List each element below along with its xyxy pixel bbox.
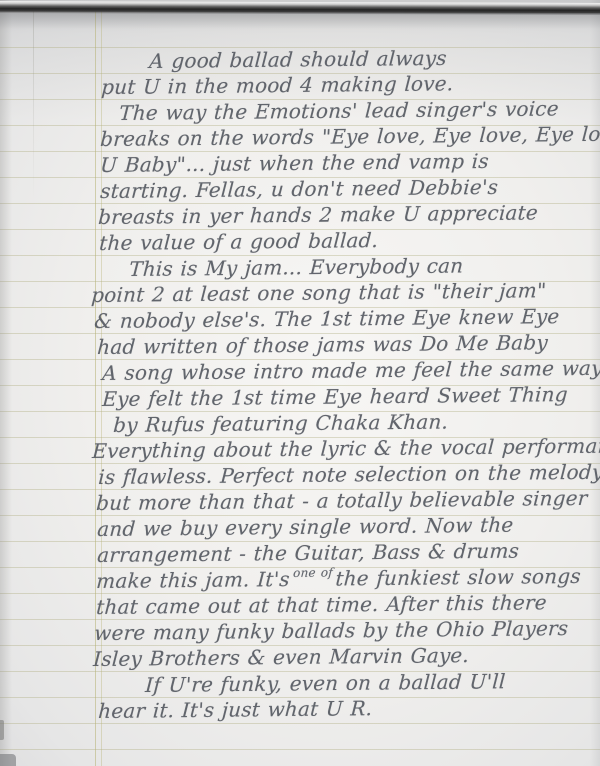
handwritten-line: & nobody else's. The 1st time Eye knew E…	[94, 305, 560, 332]
handwritten-line: A good ballad should always	[149, 47, 448, 72]
handwritten-line: the value of a good ballad.	[99, 229, 379, 254]
handwritten-line: breaks on the words "Eye love, Eye love,…	[100, 123, 600, 151]
handwritten-line: The way the Emotions' lead singer's voic…	[119, 97, 560, 124]
notepad-page: A good ballad should always put U in the…	[0, 0, 600, 766]
handwritten-line: A song whose intro made me feel the same…	[102, 357, 600, 384]
binding-shadow	[0, 13, 600, 29]
handwritten-line: If U're funky, even on a ballad U'll	[145, 670, 506, 696]
handwritten-line: point 2 at least one song that is "their…	[91, 279, 547, 306]
handwritten-line: This is My jam... Everybody can	[129, 255, 464, 281]
handwritten-line: Eye felt the 1st time Eye heard Sweet Th…	[102, 383, 569, 410]
handwritten-line: by Rufus featuring Chaka Khan.	[113, 410, 449, 436]
handwritten-text-pre: make this jam. It's	[96, 567, 291, 593]
handwritten-line: put U in the mood 4 making love.	[101, 72, 454, 98]
handwritten-line: starting. Fellas, u don't need Debbie's	[100, 176, 499, 202]
handwritten-text-post: the funkiest slow songs	[335, 564, 582, 591]
handwritten-line: Isley Brothers & even Marvin Gaye.	[93, 644, 470, 670]
handwritten-line: U Baby"... just when the end vamp is	[100, 150, 490, 176]
under-page-corner-mark	[0, 754, 16, 766]
handwritten-line: breasts in yer hands 2 make U appreciate	[98, 201, 539, 228]
handwritten-line: hear it. It's just what U R.	[98, 697, 373, 722]
handwritten-line: Everything about the lyric & the vocal p…	[92, 434, 600, 462]
handwritten-line: but more than that - a totally believabl…	[96, 487, 589, 514]
inserted-words: one of	[292, 562, 333, 584]
handwritten-line: were many funky ballads by the Ohio Play…	[94, 617, 569, 644]
page-right-edge	[590, 0, 600, 766]
handwritten-line: that came out at that time. After this t…	[96, 591, 548, 618]
under-page-edge-mark	[0, 720, 4, 740]
handwritten-line: is flawless. Perfect note selection on t…	[98, 461, 600, 488]
handwritten-line: had written of those jams was Do Me Baby	[97, 331, 549, 358]
handwritten-line: and we buy every single word. Now the	[97, 514, 514, 540]
page-left-edge	[0, 0, 12, 766]
paper-crease	[33, 10, 34, 200]
